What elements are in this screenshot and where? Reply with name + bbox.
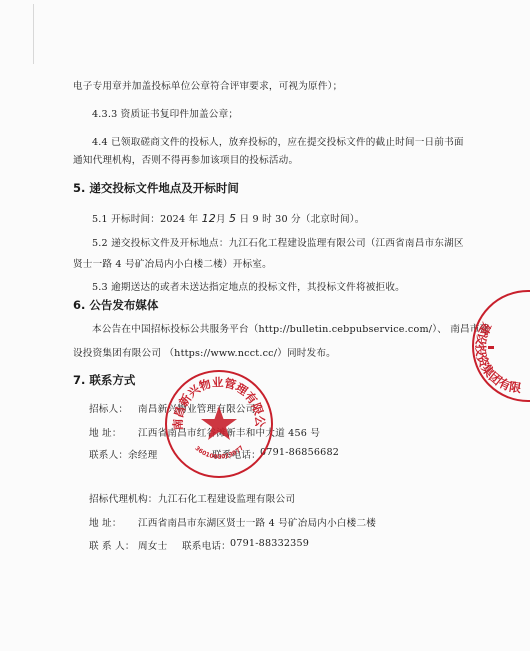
text-line: 5.2 递交投标文件及开标地点：九江石化工程建设监理有限公司（江西省南昌市东湖区 <box>92 235 464 249</box>
agency-contact-value: 周女士 <box>138 538 167 552</box>
text-line: 本公告在中国招标投标公共服务平台（http://bulletin.cebpubs… <box>92 321 489 335</box>
month-label: 月 <box>216 214 229 225</box>
section-5-heading: 5. 递交投标文件地点及开标时间 <box>73 180 239 196</box>
section-6-heading: 6. 公告发布媒体 <box>73 297 158 313</box>
opening-time-suffix: 日 9 时 30 分（北京时间）。 <box>236 214 364 225</box>
opening-time-prefix: 5.1 开标时间：2024 年 <box>92 214 202 225</box>
section-7-heading: 7. 联系方式 <box>73 372 135 388</box>
contact-label: 联系人： <box>89 447 128 461</box>
text-line: 贤士一路 4 号矿冶局内小白楼二楼）开标室。 <box>73 256 272 270</box>
seal-star-icon <box>201 406 237 440</box>
agency-label: 招标代理机构： <box>89 491 158 505</box>
contact-value: 余经理 <box>128 447 157 461</box>
svg-text:3601000023977: 3601000023977 <box>193 444 245 460</box>
text-line: 4.4 已领取磋商文件的投标人，放弃投标的，应在提交投标文件的截止时间一日前书面 <box>92 134 464 148</box>
opening-time-line: 5.1 开标时间：2024 年 12月 5 日 9 时 30 分（北京时间）。 <box>92 211 365 225</box>
agency-phone-label: 联系电话： <box>182 538 231 552</box>
agency-contact-label: 联 系 人： <box>89 538 135 552</box>
text-line: 设投资集团有限公司 （https://www.ncct.cc/）同时发布。 <box>73 345 336 359</box>
handwritten-month: 12 <box>202 212 216 225</box>
text-line: 4.3.3 资质证书复印件加盖公章； <box>92 106 238 120</box>
svg-text:建设投资集团有限公司: 建设投资集团有限公司 <box>474 292 522 395</box>
seal-mark-icon <box>488 346 494 349</box>
agency-address-label: 地 址： <box>89 515 122 529</box>
phone-value: 0791-86856682 <box>260 447 339 458</box>
text-line: 通知代理机构，否则不得再参加该项目的投标活动。 <box>73 152 298 166</box>
tenderer-label: 招标人： <box>89 401 128 415</box>
agency-phone-value: 0791-88332359 <box>230 538 309 549</box>
address-label: 地 址： <box>89 425 122 439</box>
seal-graphic: 建设投资集团有限公司 <box>474 292 530 400</box>
seal-graphic: 南昌新兴物业管理有限公司 3601000023977 <box>167 372 271 476</box>
right-company-seal: 建设投资集团有限公司 <box>472 290 530 402</box>
agency-value: 九江石化工程建设监理有限公司 <box>158 491 295 505</box>
scan-edge-line <box>33 4 34 64</box>
text-line: 电子专用章并加盖投标单位公章符合评审要求，可视为原件）； <box>73 78 342 92</box>
agency-address-value: 江西省南昌市东湖区贤士一路 4 号矿冶局内小白楼二楼 <box>138 515 376 529</box>
tenderer-company-seal: 南昌新兴物业管理有限公司 3601000023977 <box>165 370 273 478</box>
text-line: 5.3 逾期送达的或者未送达指定地点的投标文件，其投标文件将被拒收。 <box>92 279 405 293</box>
document-page: 电子专用章并加盖投标单位公章符合评审要求，可视为原件）； 4.3.3 资质证书复… <box>0 0 530 651</box>
